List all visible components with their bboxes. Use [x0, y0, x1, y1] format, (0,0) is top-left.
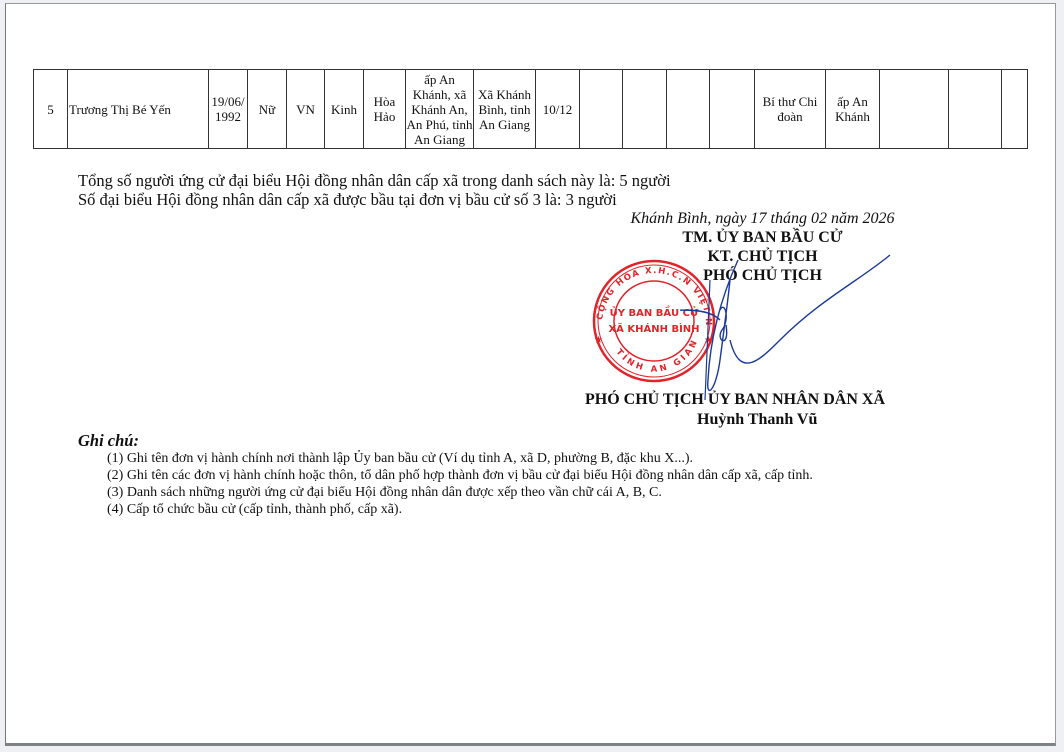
cell-religion: Hòa Hảo [364, 70, 406, 149]
cell-empty-11 [580, 70, 623, 149]
summary-seats: Số đại biểu Hội đồng nhân dân cấp xã đượ… [78, 190, 671, 209]
cell-hometown: ấp An Khánh, xã Khánh An, An Phú, tỉnh A… [406, 70, 474, 149]
notes-list: (1) Ghi tên đơn vị hành chính nơi thành … [107, 450, 813, 518]
notes-title: Ghi chú: [78, 431, 139, 451]
cell-empty-13 [667, 70, 710, 149]
cell-dob: 19/06/ 1992 [209, 70, 248, 149]
cell-nationality: VN [287, 70, 325, 149]
place-date: Khánh Bình, ngày 17 tháng 02 năm 2026 [595, 210, 930, 228]
cell-ethnicity: Kinh [325, 70, 364, 149]
summary: Tổng số người ứng cử đại biểu Hội đồng n… [78, 171, 671, 209]
table-row: 5 Trương Thị Bé Yến 19/06/ 1992 Nữ VN Ki… [34, 70, 1028, 149]
cell-empty-14 [710, 70, 755, 149]
note-item: (1) Ghi tên đơn vị hành chính nơi thành … [107, 450, 813, 467]
cell-stt: 5 [34, 70, 68, 149]
svg-text:★: ★ [594, 335, 603, 346]
summary-total-candidates: Tổng số người ứng cử đại biểu Hội đồng n… [78, 171, 671, 190]
candidate-table: 5 Trương Thị Bé Yến 19/06/ 1992 Nữ VN Ki… [33, 69, 1028, 149]
cell-position: Bí thư Chi đoàn [755, 70, 826, 149]
handwritten-signature-icon [680, 240, 900, 410]
signer-role: PHÓ CHỦ TỊCH ỦY BAN NHÂN DÂN XÃ [585, 390, 885, 409]
cell-empty-18 [949, 70, 1002, 149]
cell-empty-12 [623, 70, 667, 149]
signer-name: Huỳnh Thanh Vũ [697, 410, 817, 429]
cell-residence: Xã Khánh Bình, tỉnh An Giang [474, 70, 536, 149]
cell-workplace: ấp An Khánh [826, 70, 880, 149]
cell-name: Trương Thị Bé Yến [68, 70, 209, 149]
note-item: (2) Ghi tên các đơn vị hành chính hoặc t… [107, 467, 813, 484]
note-item: (3) Danh sách những người ứng cử đại biể… [107, 484, 813, 501]
cell-education: 10/12 [536, 70, 580, 149]
cell-gender: Nữ [248, 70, 287, 149]
cell-empty-19 [1002, 70, 1028, 149]
cell-empty-17 [880, 70, 949, 149]
note-item: (4) Cấp tổ chức bầu cử (cấp tỉnh, thành … [107, 501, 813, 518]
